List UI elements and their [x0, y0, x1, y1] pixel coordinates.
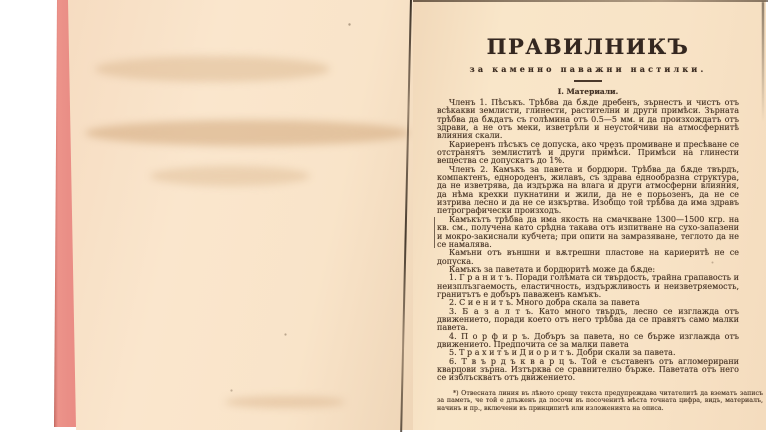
paragraph-chlen-2: Членъ 2. Камъкъ за павета и бордюри. Трѣ…	[437, 166, 739, 216]
page-right-edge-shadow	[762, 2, 764, 122]
show-through-smudge	[150, 166, 310, 186]
page-title: ПРАВИЛНИКЪ	[437, 34, 739, 59]
paragraph-karieren-pesak: Кариеренъ пѣсъкъ се допуска, ако чрезъ п…	[437, 141, 739, 166]
list-item-tvard-kvarc: 6. Т в ъ р д ъ к в а р ц ъ. Той е състав…	[437, 358, 739, 383]
scan-speckles	[0, 0, 1, 1]
page-text-column: ПРАВИЛНИКЪ за каменно паважни настилки. …	[437, 34, 739, 412]
page-top-edge-shadow	[413, 0, 768, 2]
margin-emphasis-line	[434, 217, 435, 248]
list-item-granit: 1. Г р а н и т ъ. Поради голѣмата си твъ…	[437, 274, 739, 299]
section-heading: I. Материали.	[437, 87, 739, 96]
show-through-smudge	[85, 120, 410, 146]
list-item-bazalt: 3. Б а з а л т ъ. Като много твърдъ, лес…	[437, 308, 739, 333]
book-scan: ПРАВИЛНИКЪ за каменно паважни настилки. …	[0, 0, 768, 432]
title-divider-rule	[574, 80, 602, 82]
paragraph-yakost: Камъкътъ трѣбва да има якость на смачква…	[437, 216, 739, 249]
show-through-smudge	[225, 396, 345, 408]
footnote: *) Отвесната линия въ лѣвото срещу текст…	[437, 390, 763, 412]
list-item-porfir: 4. П о р ф и р ъ. Добъръ за павета, но с…	[437, 333, 739, 350]
body-text: Членъ 1. Пѣсъкъ. Трѣбва да бѫде дребенъ,…	[437, 99, 739, 383]
page-subtitle: за каменно паважни настилки.	[437, 64, 739, 74]
show-through-smudge	[95, 56, 330, 82]
paragraph-yakost-text: Камъкътъ трѣбва да има якость на смачква…	[437, 215, 739, 249]
paragraph-kamani-plastove: Камъни отъ външни и вѫтрешни пластове на…	[437, 249, 739, 266]
paragraph-chlen-1: Членъ 1. Пѣсъкъ. Трѣбва да бѫде дребенъ,…	[437, 99, 739, 141]
